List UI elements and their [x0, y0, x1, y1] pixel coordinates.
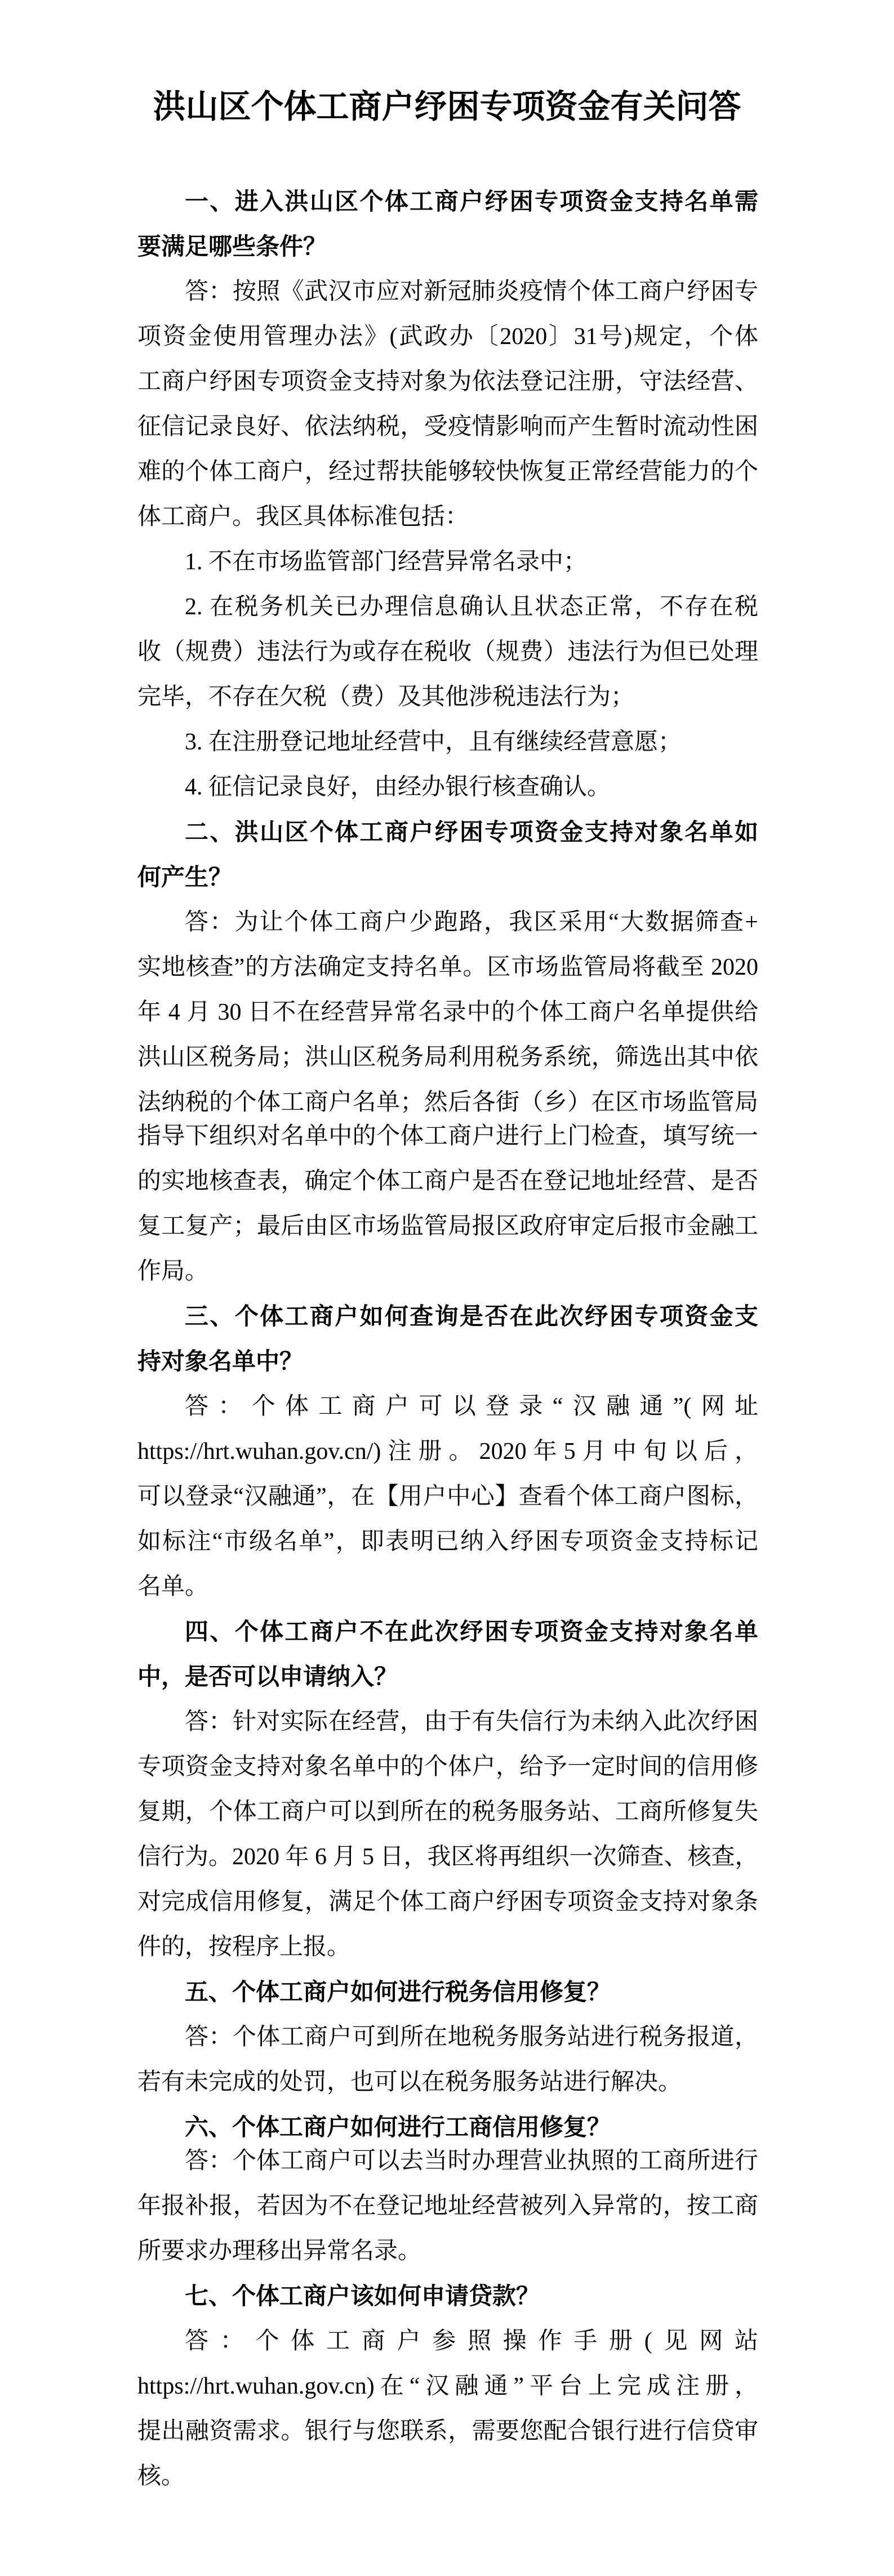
- answer-text-line: 答：按照《武汉市应对新冠肺炎疫情个体工商户纾困专: [137, 276, 758, 307]
- answer-text-line: 项资金使用管理办法》(武政办〔2020〕31号)规定，个体: [137, 321, 758, 352]
- question-heading-line: 一、进入洪山区个体工商户纾困专项资金支持名单需: [137, 186, 758, 217]
- answer-text-line: 收（规费）违法行为或存在税收（规费）违法行为但已处理: [137, 636, 758, 668]
- question-heading-line: 三、个体工商户如何查询是否在此次纾困专项资金支: [137, 1301, 758, 1332]
- question-heading-line: 七、个体工商户该如何申请贷款？: [137, 2280, 758, 2312]
- answer-text-line: 所要求办理移出异常名录。: [137, 2235, 758, 2267]
- answer-text-line: 4. 征信记录良好，由经办银行核查确认。: [137, 771, 758, 803]
- answer-text-line: 答：个体工商户可到所在地税务服务站进行税务报道，: [137, 2021, 758, 2053]
- answer-text-line: 征信记录良好、依法纳税，受疫情影响而产生暂时流动性困: [137, 411, 758, 443]
- answer-text-line: 的实地核查表，确定个体工商户是否在登记地址经营、是否: [137, 1166, 758, 1197]
- answer-text-line: 若有未完成的处罚，也可以在税务服务站进行解决。: [137, 2066, 758, 2098]
- answer-text-line: 复工复产；最后由区市场监管局报区政府审定后报市金融工: [137, 1211, 758, 1242]
- question-heading-line: 六、个体工商户如何进行工商信用修复？: [137, 2111, 758, 2143]
- answer-text-line: 信行为。2020 年 6 月 5 日，我区将再组织一次筛查、核查，: [137, 1841, 758, 1873]
- question-heading-line: 二、洪山区个体工商户纾困专项资金支持对象名单如: [137, 816, 758, 848]
- answer-text-line: 名单。: [137, 1571, 758, 1602]
- question-heading-line: 四、个体工商户不在此次纾困专项资金支持对象名单: [137, 1616, 758, 1648]
- answer-text-line: 可以登录“汉融通”，在【用户中心】查看个体工商户图标，: [137, 1481, 758, 1512]
- answer-text-line: https://hrt.wuhan.gov.cn)在“汉融通”平台上完成注册，: [137, 2370, 758, 2402]
- answer-text-line: 年 4 月 30 日不在经营异常名录中的个体工商户名单提供给: [137, 997, 758, 1028]
- answer-text-line: 法纳税的个体工商户名单；然后各街（乡）在区市场监管局: [137, 1087, 758, 1118]
- answer-text-line: 件的，按程序上报。: [137, 1931, 758, 1963]
- answer-text-line: 难的个体工商户，经过帮扶能够较快恢复正常经营能力的个: [137, 456, 758, 488]
- answer-text-line: 体工商户。我区具体标准包括：: [137, 501, 758, 533]
- answer-text-line: 年报补报，若因为不在登记地址经营被列入异常的，按工商: [137, 2190, 758, 2222]
- question-heading-line: 要满足哪些条件？: [137, 231, 758, 262]
- answer-text-line: 完毕，不存在欠税（费）及其他涉税违法行为；: [137, 681, 758, 713]
- answer-text-line: 作局。: [137, 1256, 758, 1287]
- answer-text-line: 答：为让个体工商户少跑路，我区采用“大数据筛查+: [137, 907, 758, 938]
- answer-text-line: 如标注“市级名单”，即表明已纳入纾困专项资金支持标记: [137, 1526, 758, 1557]
- answer-text-line: 复期，个体工商户可以到所在的税务服务站、工商所修复失: [137, 1796, 758, 1828]
- question-heading-line: 中，是否可以申请纳入？: [137, 1661, 758, 1693]
- document-page: 洪山区个体工商户纾困专项资金有关问答 一、进入洪山区个体工商户纾困专项资金支持名…: [0, 0, 894, 2576]
- answer-text-line: 答：针对实际在经营，由于有失信行为未纳入此次纾困: [137, 1706, 758, 1738]
- answer-text-line: 提出融资需求。银行与您联系，需要您配合银行进行信贷审: [137, 2416, 758, 2447]
- answer-text-line: 答：个体工商户可以去当时办理营业执照的工商所进行: [137, 2145, 758, 2177]
- answer-text-line: 对完成信用修复，满足个体工商户纾困专项资金支持对象条: [137, 1886, 758, 1918]
- answer-text-line: 答：个体工商户参照操作手册(见网站: [137, 2325, 758, 2357]
- question-heading-line: 何产生？: [137, 861, 758, 893]
- answer-text-line: 2. 在税务机关已办理信息确认且状态正常，不存在税: [137, 591, 758, 623]
- answer-text-line: 答：个体工商户可以登录“汉融通”(网址: [137, 1391, 758, 1422]
- answer-text-line: 洪山区税务局；洪山区税务局利用税务系统，筛选出其中依: [137, 1042, 758, 1073]
- document-body: 一、进入洪山区个体工商户纾困专项资金支持名单需要满足哪些条件？答：按照《武汉市应…: [0, 0, 894, 2576]
- question-heading-line: 五、个体工商户如何进行税务信用修复？: [137, 1976, 758, 2008]
- answer-text-line: https://hrt.wuhan.gov.cn/)注册。2020年5月中旬以后…: [137, 1436, 758, 1467]
- answer-text-line: 实地核查”的方法确定支持名单。区市场监管局将截至 2020: [137, 952, 758, 983]
- answer-text-line: 核。: [137, 2461, 758, 2492]
- question-heading-line: 持对象名单中？: [137, 1346, 758, 1377]
- answer-text-line: 3. 在注册登记地址经营中，且有继续经营意愿；: [137, 726, 758, 758]
- answer-text-line: 指导下组织对名单中的个体工商户进行上门检查，填写统一: [137, 1120, 758, 1152]
- answer-text-line: 工商户纾困专项资金支持对象为依法登记注册，守法经营、: [137, 366, 758, 398]
- answer-text-line: 1. 不在市场监管部门经营异常名录中；: [137, 546, 758, 578]
- answer-text-line: 专项资金支持对象名单中的个体户，给予一定时间的信用修: [137, 1751, 758, 1783]
